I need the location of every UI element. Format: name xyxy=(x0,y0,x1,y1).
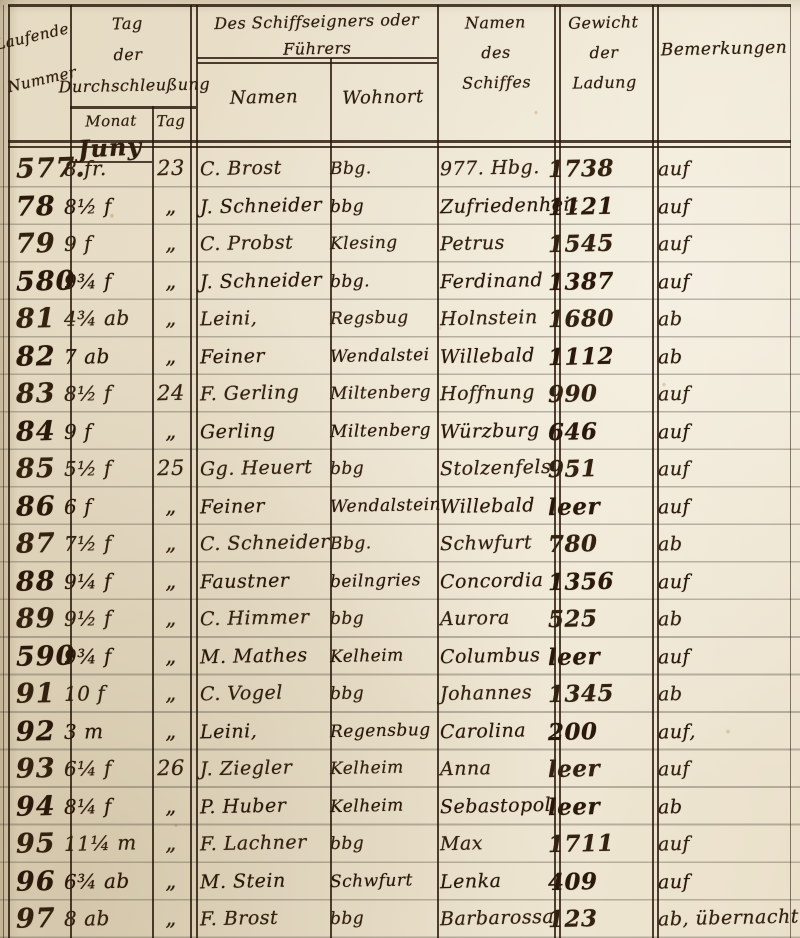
ledger-row: 577.8 fr.23C. BrostBbg.977. Hbg.1738auf xyxy=(0,150,800,188)
ledger-row: 799 f„C. ProbstKlesingPetrus1545auf xyxy=(0,225,800,263)
cell-cargo: leer xyxy=(548,749,651,789)
cell-cargo: 780 xyxy=(548,524,651,564)
cell-day: 24 xyxy=(150,375,193,413)
cell-residence: bbg xyxy=(330,824,437,864)
cell-ship-name: Concordia xyxy=(440,562,556,602)
header-owner-title: Des Schiffseigners oder Führers xyxy=(199,6,434,65)
cell-remark: auf xyxy=(658,149,799,189)
cell-remark: auf xyxy=(658,374,799,414)
cell-owner-name: J. Schneider xyxy=(200,261,331,301)
header-ship-title: Namen des Schiffes xyxy=(439,7,553,99)
ledger-row: 9511¼ m„F. LachnerbbgMax1711auf xyxy=(0,825,800,863)
ledger-row: 866 f„FeinerWendalsteinWillebaldleerauf xyxy=(0,488,800,526)
cell-day: 25 xyxy=(150,450,193,488)
cell-cargo: 525 xyxy=(548,599,651,639)
cell-remark: auf xyxy=(658,411,799,451)
cell-owner-name: Leini, xyxy=(200,711,331,751)
cell-time: 8¼ f xyxy=(64,787,153,826)
cell-remark: ab xyxy=(658,674,799,714)
cell-day: „ xyxy=(150,712,193,750)
cell-owner-name: Feiner xyxy=(200,336,331,376)
ledger-row: 5809¾ f„J. Schneiderbbg.Ferdinand1387auf xyxy=(0,263,800,301)
cell-owner-name: C. Vogel xyxy=(200,674,331,714)
cell-cargo: leer xyxy=(548,787,651,827)
ledger-row: 849 f„GerlingMiltenbergWürzburg646auf xyxy=(0,413,800,451)
cell-time: 9¼ f xyxy=(64,562,153,601)
cell-remark: auf xyxy=(658,824,799,864)
cell-remark: auf xyxy=(658,749,799,789)
cell-ship-name: Aurora xyxy=(440,599,556,639)
cell-day: „ xyxy=(150,637,193,675)
cell-cargo: leer xyxy=(548,487,651,527)
cell-day: „ xyxy=(150,412,193,450)
cell-remark: auf xyxy=(658,224,799,264)
cell-owner-name: F. Lachner xyxy=(200,824,331,864)
cell-time: 10 f xyxy=(64,674,153,713)
cell-residence: Miltenberg xyxy=(330,374,437,414)
cell-cargo: 1545 xyxy=(548,224,651,264)
cell-owner-name: Gerling xyxy=(200,411,331,451)
ledger-row: 827 ab„FeinerWendalsteiWillebald1112ab xyxy=(0,338,800,376)
cell-remark: auf xyxy=(658,486,799,526)
cell-time: 11¼ m xyxy=(64,824,153,863)
cell-owner-name: J. Schneider xyxy=(200,186,331,226)
cell-remark: ab, übernacht. xyxy=(658,899,799,938)
ledger-row: 978 ab„F. BrostbbgBarbarossa123ab, übern… xyxy=(0,900,800,938)
ledger-row: 936¼ f26J. ZieglerKelheimAnnaleerauf xyxy=(0,750,800,788)
cell-cargo: 951 xyxy=(548,449,651,489)
cell-remark: ab xyxy=(658,599,799,639)
cell-ship-name: Johannes xyxy=(440,674,556,714)
cell-day: „ xyxy=(150,862,193,900)
cell-time: 6¾ ab xyxy=(64,862,153,901)
ledger-row: 855½ f25Gg. HeuertbbgStolzenfels951auf xyxy=(0,450,800,488)
cell-day: 23 xyxy=(150,150,193,188)
cell-remark: ab xyxy=(658,336,799,376)
header-owner-name: Namen xyxy=(200,83,329,113)
cell-owner-name: Feiner xyxy=(200,486,331,526)
cell-residence: Wendalstein xyxy=(330,487,437,527)
cell-residence: Kelheim xyxy=(330,637,437,677)
cell-ship-name: Würzburg xyxy=(440,411,556,451)
cell-ship-name: Ferdinand xyxy=(440,261,556,301)
cell-remark: ab xyxy=(658,786,799,826)
ledger-row: 5909¾ f„M. MathesKelheimColumbusleerauf xyxy=(0,638,800,676)
cell-cargo: 1711 xyxy=(548,824,651,864)
cell-owner-name: C. Brost xyxy=(200,149,331,189)
cell-cargo: 409 xyxy=(548,862,651,902)
cell-time: 4¾ ab xyxy=(64,299,153,338)
cell-residence: Regensbug xyxy=(330,712,437,752)
cell-time: 7½ f xyxy=(64,524,153,563)
header-day: Tag xyxy=(152,108,191,136)
cell-ship-name: Stolzenfels xyxy=(440,449,556,489)
cell-residence: Wendalstei xyxy=(330,336,437,376)
header-remarks-title: Bemerkungen xyxy=(656,35,793,65)
cell-remark: auf xyxy=(658,261,799,301)
cell-time: 6 f xyxy=(64,487,153,526)
cell-cargo: 1387 xyxy=(548,261,651,301)
cell-cargo: 1356 xyxy=(548,562,651,602)
ledger-row: 923 m„Leini,RegensbugCarolina200auf, xyxy=(0,713,800,751)
cell-residence: Miltenberg xyxy=(330,412,437,452)
cell-ship-name: Schwfurt xyxy=(440,524,556,564)
ledger-row: 889¼ f„FaustnerbeilngriesConcordia1356au… xyxy=(0,563,800,601)
cell-residence: Kelheim xyxy=(330,787,437,827)
cell-owner-name: C. Probst xyxy=(200,224,331,264)
cell-time: 8 fr. xyxy=(64,149,153,188)
cell-day: „ xyxy=(150,225,193,263)
cell-time: 8½ f xyxy=(64,374,153,413)
cell-owner-name: Gg. Heuert xyxy=(200,449,331,489)
cell-owner-name: M. Mathes xyxy=(200,636,331,676)
cell-residence: bbg xyxy=(330,599,437,639)
cell-residence: bbg xyxy=(330,674,437,714)
cell-cargo: 1112 xyxy=(548,337,651,377)
cell-cargo: 1345 xyxy=(548,674,651,714)
cell-cargo: 123 xyxy=(548,899,651,938)
cell-cargo: leer xyxy=(548,637,651,677)
cell-owner-name: J. Ziegler xyxy=(200,749,331,789)
cell-residence: bbg. xyxy=(330,261,437,301)
cell-owner-name: Leini, xyxy=(200,299,331,339)
cell-ship-name: Willebald xyxy=(440,336,556,376)
cell-ship-name: 977. Hbg. xyxy=(440,149,556,189)
cell-time: 8½ f xyxy=(64,187,153,226)
cell-owner-name: F. Brost xyxy=(200,899,331,938)
cell-ship-name: Lenka xyxy=(440,862,556,902)
cell-day: 26 xyxy=(150,750,193,788)
cell-day: „ xyxy=(150,825,193,863)
ledger-row: 948¼ f„P. HuberKelheimSebastopolleerab xyxy=(0,788,800,826)
cell-day: „ xyxy=(150,562,193,600)
cell-cargo: 646 xyxy=(548,412,651,452)
cell-remark: auf xyxy=(658,861,799,901)
cell-remark: ab xyxy=(658,524,799,564)
cell-ship-name: Willebald xyxy=(440,486,556,526)
cell-remark: auf xyxy=(658,636,799,676)
table-body: 577.8 fr.23C. BrostBbg.977. Hbg.1738auf7… xyxy=(0,150,800,938)
cell-owner-name: F. Gerling xyxy=(200,374,331,414)
cell-cargo: 990 xyxy=(548,374,651,414)
cell-time: 8 ab xyxy=(64,899,153,938)
ledger-page: Laufende Nummer Tag der Durchschleußung … xyxy=(0,0,800,938)
cell-residence: Kelheim xyxy=(330,749,437,789)
cell-ship-name: Petrus xyxy=(440,224,556,264)
cell-ship-name: Columbus xyxy=(440,637,556,677)
cell-remark: auf xyxy=(658,449,799,489)
cell-cargo: 1738 xyxy=(548,149,651,189)
cell-owner-name: M. Stein xyxy=(200,862,331,902)
ledger-row: 788½ f„J. SchneiderbbgZufriedenheit1121a… xyxy=(0,188,800,226)
cell-residence: Bbg. xyxy=(330,524,437,564)
cell-time: 9¾ f xyxy=(64,262,153,301)
cell-cargo: 200 xyxy=(548,712,651,752)
cell-remark: auf, xyxy=(658,711,799,751)
cell-remark: auf xyxy=(658,561,799,601)
cell-time: 9¾ f xyxy=(64,637,153,676)
cell-owner-name: C. Schneider xyxy=(200,524,331,564)
cell-ship-name: Holnstein xyxy=(440,299,556,339)
cell-owner-name: C. Himmer xyxy=(200,599,331,639)
ledger-row: 9110 f„C. VogelbbgJohannes1345ab xyxy=(0,675,800,713)
cell-time: 9 f xyxy=(64,412,153,451)
cell-time: 7 ab xyxy=(64,337,153,376)
cell-residence: Bbg. xyxy=(330,149,437,189)
cell-time: 9½ f xyxy=(64,599,153,638)
ledger-row: 838½ f24F. GerlingMiltenbergHoffnung990a… xyxy=(0,375,800,413)
ledger-row: 814¾ ab„Leini,RegsbugHolnstein1680ab xyxy=(0,300,800,338)
cell-ship-name: Sebastopol xyxy=(440,787,556,827)
cell-cargo: 1121 xyxy=(548,186,651,226)
ledger-row: 877½ f„C. SchneiderBbg.Schwfurt780ab xyxy=(0,525,800,563)
cell-ship-name: Anna xyxy=(440,749,556,789)
cell-residence: Klesing xyxy=(330,224,437,264)
header-owner-residence: Wohnort xyxy=(332,83,435,112)
cell-residence: bbg xyxy=(330,899,437,938)
cell-time: 5½ f xyxy=(64,449,153,488)
cell-day: „ xyxy=(150,262,193,300)
cell-day: „ xyxy=(150,600,193,638)
header-cargo-title: Gewicht der Ladung xyxy=(557,7,651,99)
cell-residence: Regsbug xyxy=(330,299,437,339)
ledger-row: 966¾ ab„M. SteinSchwfurtLenka409auf xyxy=(0,863,800,901)
ledger-row: 899½ f„C. HimmerbbgAurora525ab xyxy=(0,600,800,638)
cell-residence: Schwfurt xyxy=(330,862,437,902)
cell-residence: bbg xyxy=(330,186,437,226)
cell-day: „ xyxy=(150,187,193,225)
cell-day: „ xyxy=(150,900,193,938)
cell-cargo: 1680 xyxy=(548,299,651,339)
cell-ship-name: Zufriedenheit xyxy=(440,186,556,226)
cell-time: 6¼ f xyxy=(64,749,153,788)
cell-ship-name: Barbarossa xyxy=(440,899,556,938)
cell-owner-name: Faustner xyxy=(200,561,331,601)
cell-ship-name: Hoffnung xyxy=(440,374,556,414)
cell-residence: bbg xyxy=(330,449,437,489)
cell-time: 3 m xyxy=(64,712,153,751)
cell-day: „ xyxy=(150,487,193,525)
cell-ship-name: Max xyxy=(440,824,556,864)
cell-day: „ xyxy=(150,525,193,563)
cell-time: 9 f xyxy=(64,224,153,263)
cell-day: „ xyxy=(150,337,193,375)
cell-day: „ xyxy=(150,675,193,713)
cell-remark: auf xyxy=(658,186,799,226)
cell-remark: ab xyxy=(658,299,799,339)
header-date-title: Tag der Durchschleußung xyxy=(57,7,199,103)
cell-ship-name: Carolina xyxy=(440,712,556,752)
cell-owner-name: P. Huber xyxy=(200,786,331,826)
cell-day: „ xyxy=(150,300,193,338)
cell-day: „ xyxy=(150,787,193,825)
cell-residence: beilngries xyxy=(330,562,437,602)
